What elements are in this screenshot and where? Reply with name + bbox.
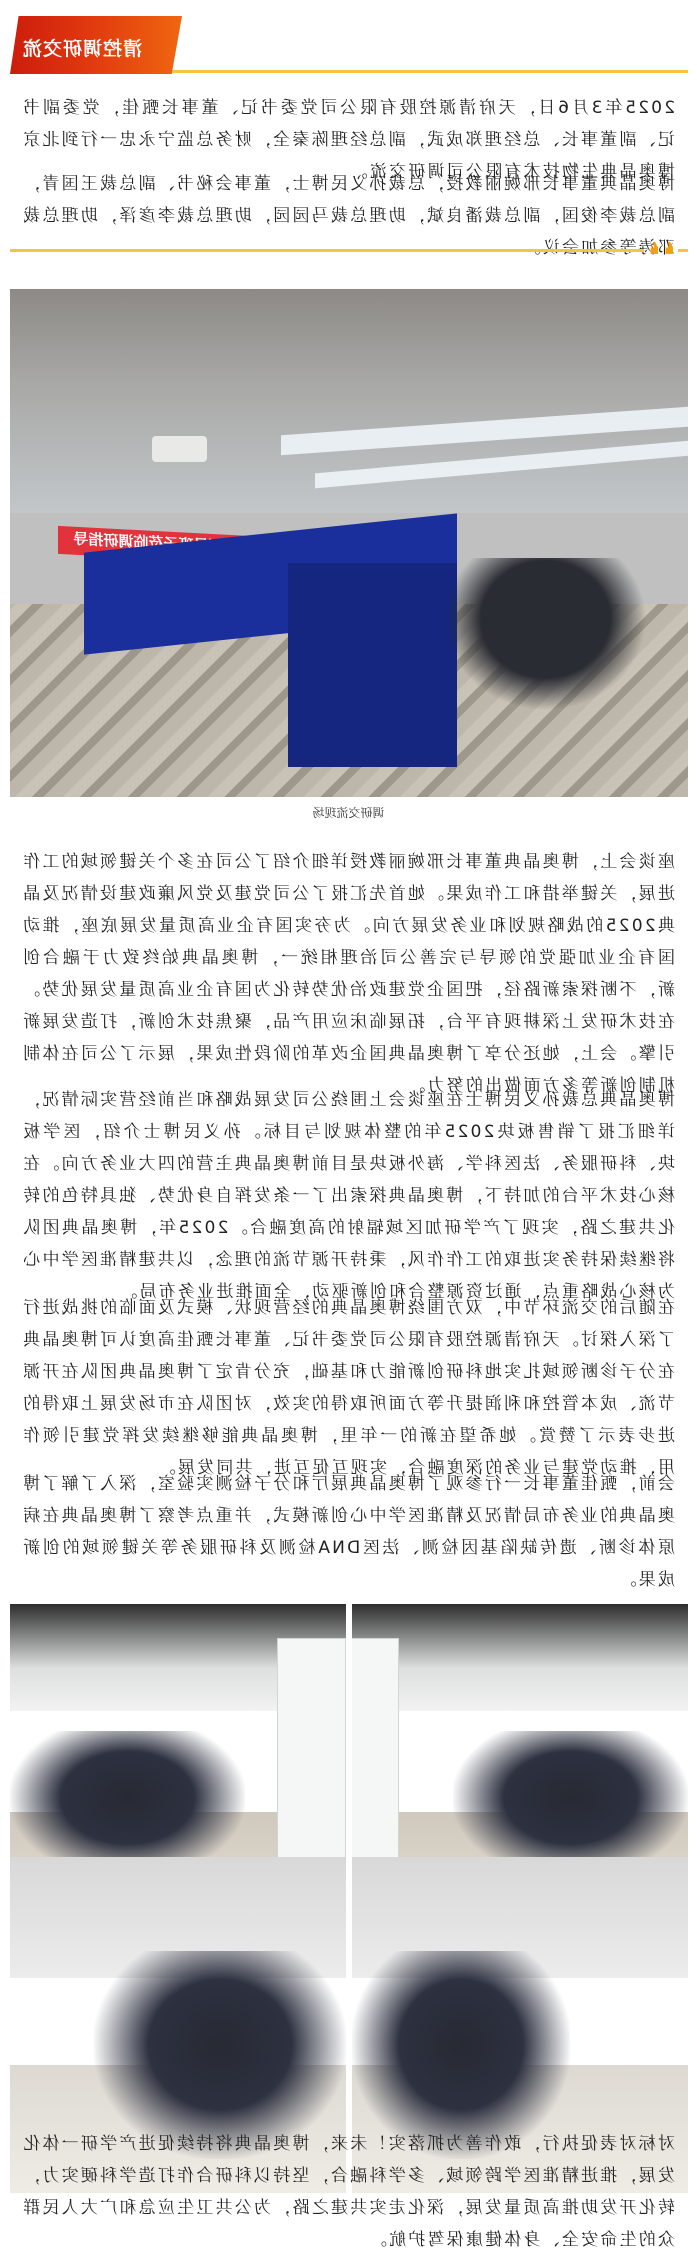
quote-mark-icon: ❛: [649, 240, 661, 258]
paragraph-exchange: 在随后的交流环节中，双方围绕博奥晶典的经营现状、模式及面临的挑战进行了深入探讨。…: [21, 1292, 675, 1484]
header-divider-line: [168, 70, 688, 73]
article-page: 清控调研交流 2025年3月6日，天府清源控股有限公司党委书记、董事长甄佳，党委…: [0, 0, 697, 2264]
photo-caption: 调研交流现场: [0, 804, 697, 821]
paragraph-closing: 对标对表促执行，敢作善为抓落实！未来，博奥晶典将持续促进产学研一体化发展，推进精…: [21, 2128, 675, 2256]
quote-mark-icon: ❛: [664, 240, 676, 258]
paragraph-president-report: 博奥晶典总裁孙义民博士在座谈会上围绕公司发展战略和当前经营实际情况，详细汇报了销…: [21, 1084, 675, 1308]
paragraph-visit: 会前，甄佳董事长一行参观了博奥晶典展厅和分子检测实验室，深入了解了博奥晶典的业务…: [21, 1468, 675, 1596]
divider-line-left: [678, 249, 688, 252]
paragraph-chair-report: 座谈会上，博奥晶典董事长邢婉丽教授详细介绍了公司在多个关键领域的工作进展，关键举…: [21, 846, 675, 1102]
projector: [152, 436, 206, 461]
section-title: 清控调研交流: [22, 34, 142, 61]
divider-line-right: [10, 249, 644, 252]
quote-divider: ❛ ❛: [10, 240, 688, 260]
section-title-tag: 清控调研交流: [10, 16, 182, 74]
section-header: 清控调研交流: [0, 0, 697, 75]
meeting-photo: 欢迎清控集团领导班子莅临调研指导: [10, 289, 688, 797]
